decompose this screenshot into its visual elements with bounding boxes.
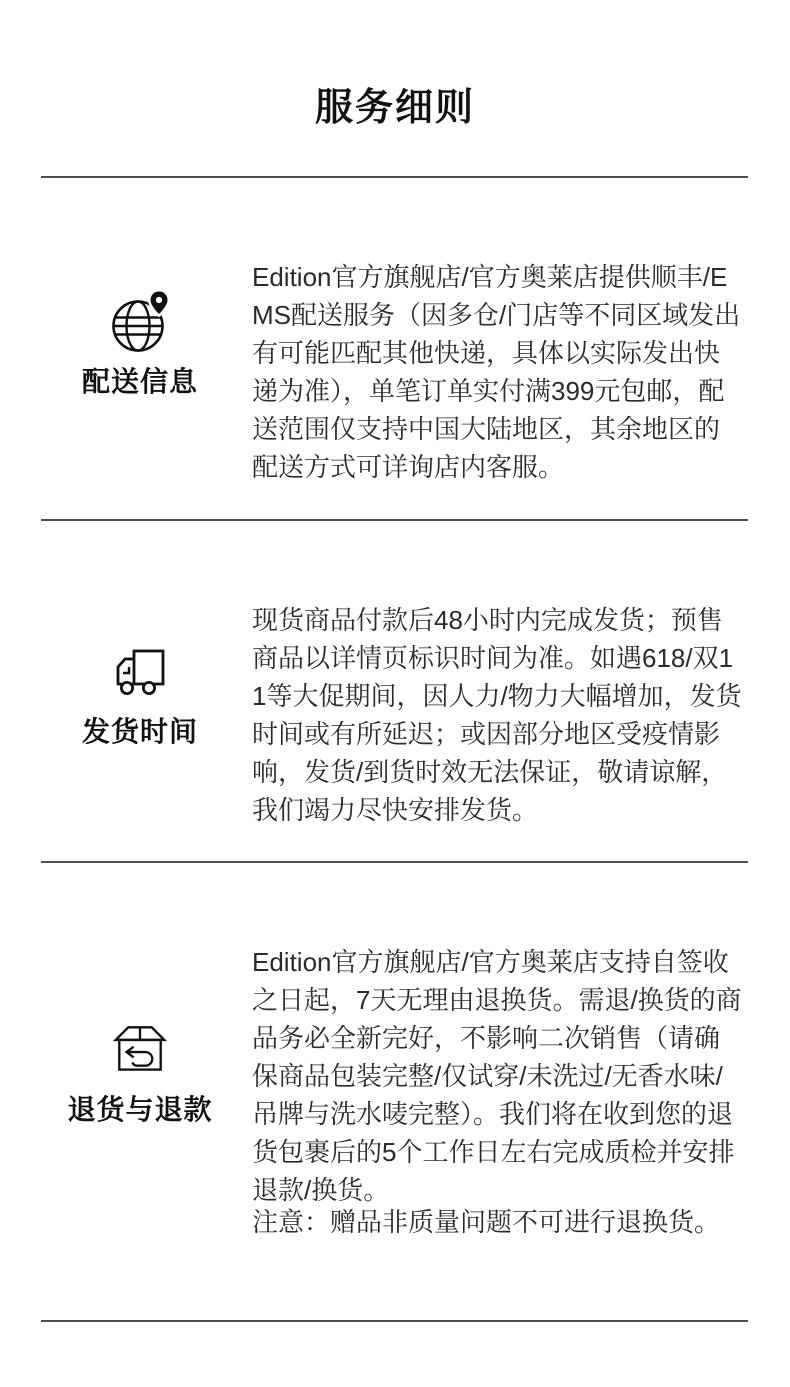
shipping-info-text: Edition官方旗舰店/官方奥莱店提供顺丰/EMS配送服务（因多仓/门店等不同… [252,258,744,486]
page-title: 服务细则 [0,76,790,131]
returns-refunds-note: 注意：赠品非质量问题不可进行退换货。 [252,1203,744,1241]
section-dispatch-time-header: 发货时间 [40,648,240,750]
section-label-dispatch-time: 发货时间 [82,710,198,750]
delivery-truck-icon [114,648,166,696]
divider [41,861,748,863]
section-returns-refunds-header: 退货与退款 [40,1024,240,1128]
divider [41,519,748,521]
globe-location-icon [112,290,168,352]
return-box-icon [113,1024,167,1072]
service-details-page: 服务细则 配送信息 Edition官方旗舰店/官方奥莱店提供顺丰/EMS配送服务… [0,0,790,1387]
section-label-returns-refunds: 退货与退款 [67,1088,212,1128]
returns-refunds-text: Edition官方旗舰店/官方奥莱店支持自签收之日起，7天无理由退换货。需退/换… [252,943,744,1209]
divider [41,1320,748,1322]
section-label-shipping-info: 配送信息 [82,360,198,400]
section-shipping-info-header: 配送信息 [40,290,240,400]
dispatch-time-text: 现货商品付款后48小时内完成发货；预售商品以详情页标识时间为准。如遇618/双1… [252,601,744,829]
divider [41,176,748,178]
